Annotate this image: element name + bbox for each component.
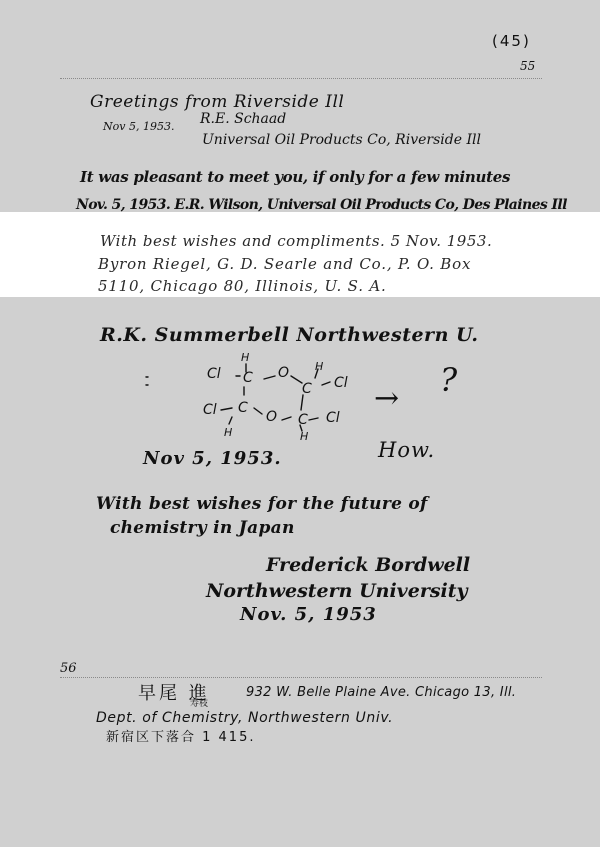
atom-cl: Cl [326,410,340,426]
divider-bottom [60,677,542,678]
page-number-bottom: 56 [60,662,77,675]
how-note: How. [378,440,435,461]
atom-c: C [302,381,312,397]
atom-cl: Cl [334,375,348,391]
atom-cl: Cl [207,366,221,382]
atom-c: C [298,412,308,428]
message-line: With best wishes for the future of [96,496,428,513]
atom-h: H [224,426,232,439]
address-line: 932 W. Belle Plaine Ave. Chicago 13, Ill… [246,686,516,699]
atom-h: H [315,360,323,373]
atom-h: H [300,430,308,443]
question-mark: ? [440,364,457,396]
name-reading: 寿枝 [190,700,208,709]
entry-date: Nov. 5, 1953 [240,606,377,624]
arrow-icon: → [374,384,399,414]
atom-o: O [278,365,289,381]
signature-name: Frederick Bordwell [266,556,470,575]
atom-o: O [266,409,277,425]
home-address-line: 新宿区下落合 1 415. [106,731,255,744]
signature-affiliation: Northwestern University [206,582,468,601]
message-line: chemistry in Japan [110,520,295,537]
atom-h: H [241,351,249,364]
atom-c: C [243,370,253,386]
department-line: Dept. of Chemistry, Northwestern Univ. [96,711,393,725]
atom-cl: Cl [203,402,217,418]
entry-date: Nov 5, 1953. [143,450,282,468]
atom-c: C [238,400,248,416]
